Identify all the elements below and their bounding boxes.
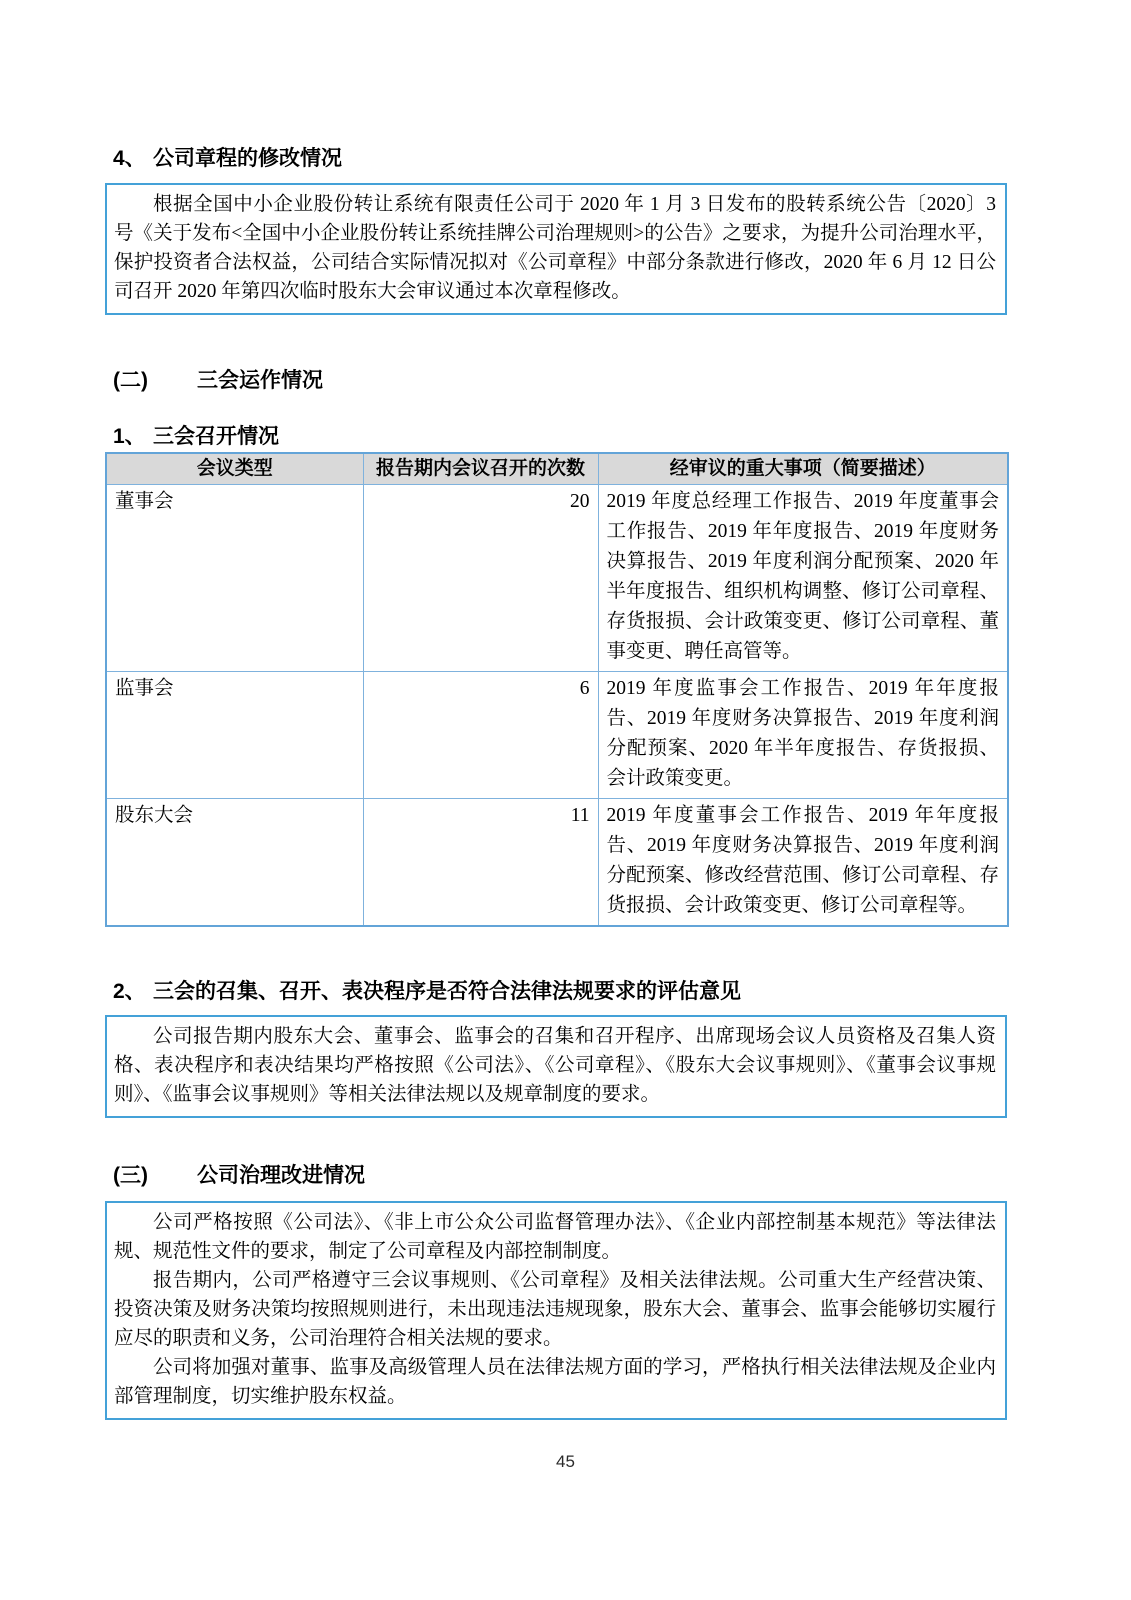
major-matters-cell: 2019 年度董事会工作报告、2019 年年度报告、2019 年度财务决算报告、…	[598, 799, 1008, 927]
table-row-supervisors: 监事会 6 2019 年度监事会工作报告、2019 年年度报告、2019 年度财…	[106, 672, 1008, 799]
heading-title: 三会的召集、召开、表决程序是否符合法律法规要求的评估意见	[153, 980, 741, 1004]
meeting-type-cell: 董事会	[106, 485, 363, 672]
heading-title: 三会召开情况	[153, 425, 279, 449]
heading-number: (三)	[113, 1164, 197, 1188]
improvement-paragraph: 公司将加强对董事、监事及高级管理人员在法律法规方面的学习，严格执行相关法律法规及…	[114, 1353, 996, 1411]
heading-title: 三会运作情况	[197, 369, 323, 393]
heading-meeting-convening: 1、 三会召开情况	[113, 425, 1007, 449]
heading-title: 公司章程的修改情况	[153, 147, 342, 171]
governance-improvement-box: 公司严格按照《公司法》、《非上市公众公司监督管理办法》、《企业内部控制基本规范》…	[105, 1201, 1007, 1420]
heading-governance-improvement: (三) 公司治理改进情况	[113, 1164, 1007, 1188]
major-matters-cell: 2019 年度总经理工作报告、2019 年度董事会工作报告、2019 年年度报告…	[598, 485, 1008, 672]
header-meeting-type: 会议类型	[106, 453, 363, 485]
meetings-table: 会议类型 报告期内会议召开的次数 经审议的重大事项（简要描述） 董事会 20 2…	[105, 452, 1009, 927]
header-meeting-count: 报告期内会议召开的次数	[363, 453, 598, 485]
meeting-count-cell: 11	[363, 799, 598, 927]
charter-amendments-box: 根据全国中小企业股份转让系统有限责任公司于 2020 年 1 月 3 日发布的股…	[105, 183, 1007, 315]
heading-number: (二)	[113, 369, 197, 393]
page-content: 4、 公司章程的修改情况 根据全国中小企业股份转让系统有限责任公司于 2020 …	[105, 147, 1007, 1420]
document-page: { "colors": { "box_border": "#44a1d8", "…	[0, 0, 1131, 1600]
meeting-count-cell: 6	[363, 672, 598, 799]
heading-number: 2、	[113, 980, 153, 1004]
charter-amendments-paragraph: 根据全国中小企业股份转让系统有限责任公司于 2020 年 1 月 3 日发布的股…	[114, 190, 996, 306]
heading-three-meetings-operation: (二) 三会运作情况	[113, 369, 1007, 393]
improvement-paragraph: 报告期内，公司严格遵守三会议事规则、《公司章程》及相关法律法规。公司重大生产经营…	[114, 1266, 996, 1353]
major-matters-cell: 2019 年度监事会工作报告、2019 年年度报告、2019 年度财务决算报告、…	[598, 672, 1008, 799]
meeting-type-cell: 监事会	[106, 672, 363, 799]
meeting-type-cell: 股东大会	[106, 799, 363, 927]
procedure-assessment-paragraph: 公司报告期内股东大会、董事会、监事会的召集和召开程序、出席现场会议人员资格及召集…	[114, 1022, 996, 1109]
improvement-paragraph: 公司严格按照《公司法》、《非上市公众公司监督管理办法》、《企业内部控制基本规范》…	[114, 1208, 996, 1266]
heading-number: 1、	[113, 425, 153, 449]
table-row-shareholders: 股东大会 11 2019 年度董事会工作报告、2019 年年度报告、2019 年…	[106, 799, 1008, 927]
heading-number: 4、	[113, 147, 153, 171]
table-header-row: 会议类型 报告期内会议召开的次数 经审议的重大事项（简要描述）	[106, 453, 1008, 485]
page-number: 45	[0, 1452, 1131, 1472]
heading-charter-amendments: 4、 公司章程的修改情况	[113, 147, 1007, 171]
heading-title: 公司治理改进情况	[197, 1164, 365, 1188]
procedure-assessment-box: 公司报告期内股东大会、董事会、监事会的召集和召开程序、出席现场会议人员资格及召集…	[105, 1015, 1007, 1118]
table-row-board: 董事会 20 2019 年度总经理工作报告、2019 年度董事会工作报告、201…	[106, 485, 1008, 672]
header-major-matters: 经审议的重大事项（简要描述）	[598, 453, 1008, 485]
heading-procedure-assessment: 2、 三会的召集、召开、表决程序是否符合法律法规要求的评估意见	[113, 980, 1007, 1004]
meeting-count-cell: 20	[363, 485, 598, 672]
